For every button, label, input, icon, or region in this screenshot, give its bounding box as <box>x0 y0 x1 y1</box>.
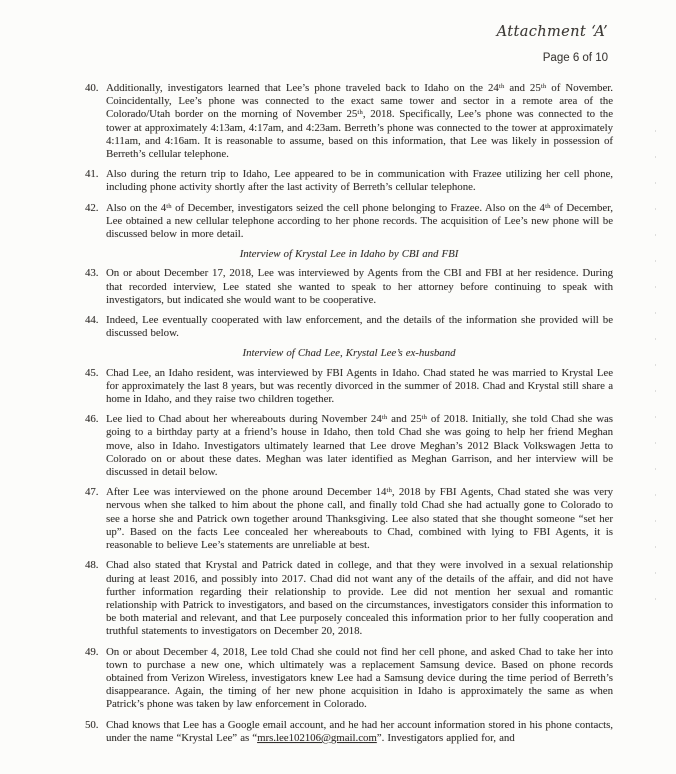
paragraph-40: 40. Additionally, investigators learned … <box>85 82 613 161</box>
paragraph-number: 44. <box>85 314 99 327</box>
paragraph-text: On or about December 4, 2018, Lee told C… <box>106 646 613 711</box>
paragraph-text: Also on the 4ᵗʰ of December, investigato… <box>106 202 613 240</box>
paragraph-48: 48. Chad also stated that Krystal and Pa… <box>85 559 613 638</box>
paragraph-number: 47. <box>85 486 99 499</box>
paragraph-text: Also during the return trip to Idaho, Le… <box>106 168 613 193</box>
paragraph-number: 40. <box>85 82 99 95</box>
paragraph-46: 46. Lee lied to Chad about her whereabou… <box>85 413 613 479</box>
attachment-label: Attachment ‘A’ <box>497 24 608 40</box>
email-address: mrs.lee102106@gmail.com <box>257 732 377 744</box>
section-heading-krystal-interview: Interview of Krystal Lee in Idaho by CBI… <box>85 248 613 261</box>
document-page: Attachment ‘A’ Page 6 of 10 40. Addition… <box>0 0 676 774</box>
page-number-label: Page 6 of 10 <box>543 52 608 64</box>
scanner-edge-artifact <box>655 130 656 620</box>
paragraph-49: 49. On or about December 4, 2018, Lee to… <box>85 646 613 712</box>
paragraph-number: 49. <box>85 646 99 659</box>
paragraph-41: 41. Also during the return trip to Idaho… <box>85 168 613 194</box>
paragraph-text: After Lee was interviewed on the phone a… <box>106 486 613 551</box>
paragraph-number: 50. <box>85 719 99 732</box>
paragraph-43: 43. On or about December 17, 2018, Lee w… <box>85 267 613 307</box>
paragraph-number: 45. <box>85 367 99 380</box>
section-heading-chad-interview: Interview of Chad Lee, Krystal Lee’s ex-… <box>85 347 613 360</box>
paragraph-42: 42. Also on the 4ᵗʰ of December, investi… <box>85 202 613 242</box>
paragraph-47: 47. After Lee was interviewed on the pho… <box>85 486 613 552</box>
paragraph-number: 43. <box>85 267 99 280</box>
paragraph-45: 45. Chad Lee, an Idaho resident, was int… <box>85 367 613 407</box>
paragraph-number: 46. <box>85 413 99 426</box>
paragraph-number: 48. <box>85 559 99 572</box>
paragraph-text: Chad Lee, an Idaho resident, was intervi… <box>106 367 613 405</box>
paragraph-50: 50. Chad knows that Lee has a Google ema… <box>85 719 613 745</box>
paragraph-text-after-email: ”. Investigators applied for, and <box>377 732 515 744</box>
paragraph-text: Lee lied to Chad about her whereabouts d… <box>106 413 613 478</box>
paragraph-text: Additionally, investigators learned that… <box>106 82 613 160</box>
document-body: 40. Additionally, investigators learned … <box>85 82 613 752</box>
paragraph-number: 41. <box>85 168 99 181</box>
paragraph-text: Indeed, Lee eventually cooperated with l… <box>106 314 613 339</box>
paragraph-number: 42. <box>85 202 99 215</box>
paragraph-text: On or about December 17, 2018, Lee was i… <box>106 267 613 305</box>
paragraph-44: 44. Indeed, Lee eventually cooperated wi… <box>85 314 613 340</box>
paragraph-text: Chad also stated that Krystal and Patric… <box>106 559 613 637</box>
